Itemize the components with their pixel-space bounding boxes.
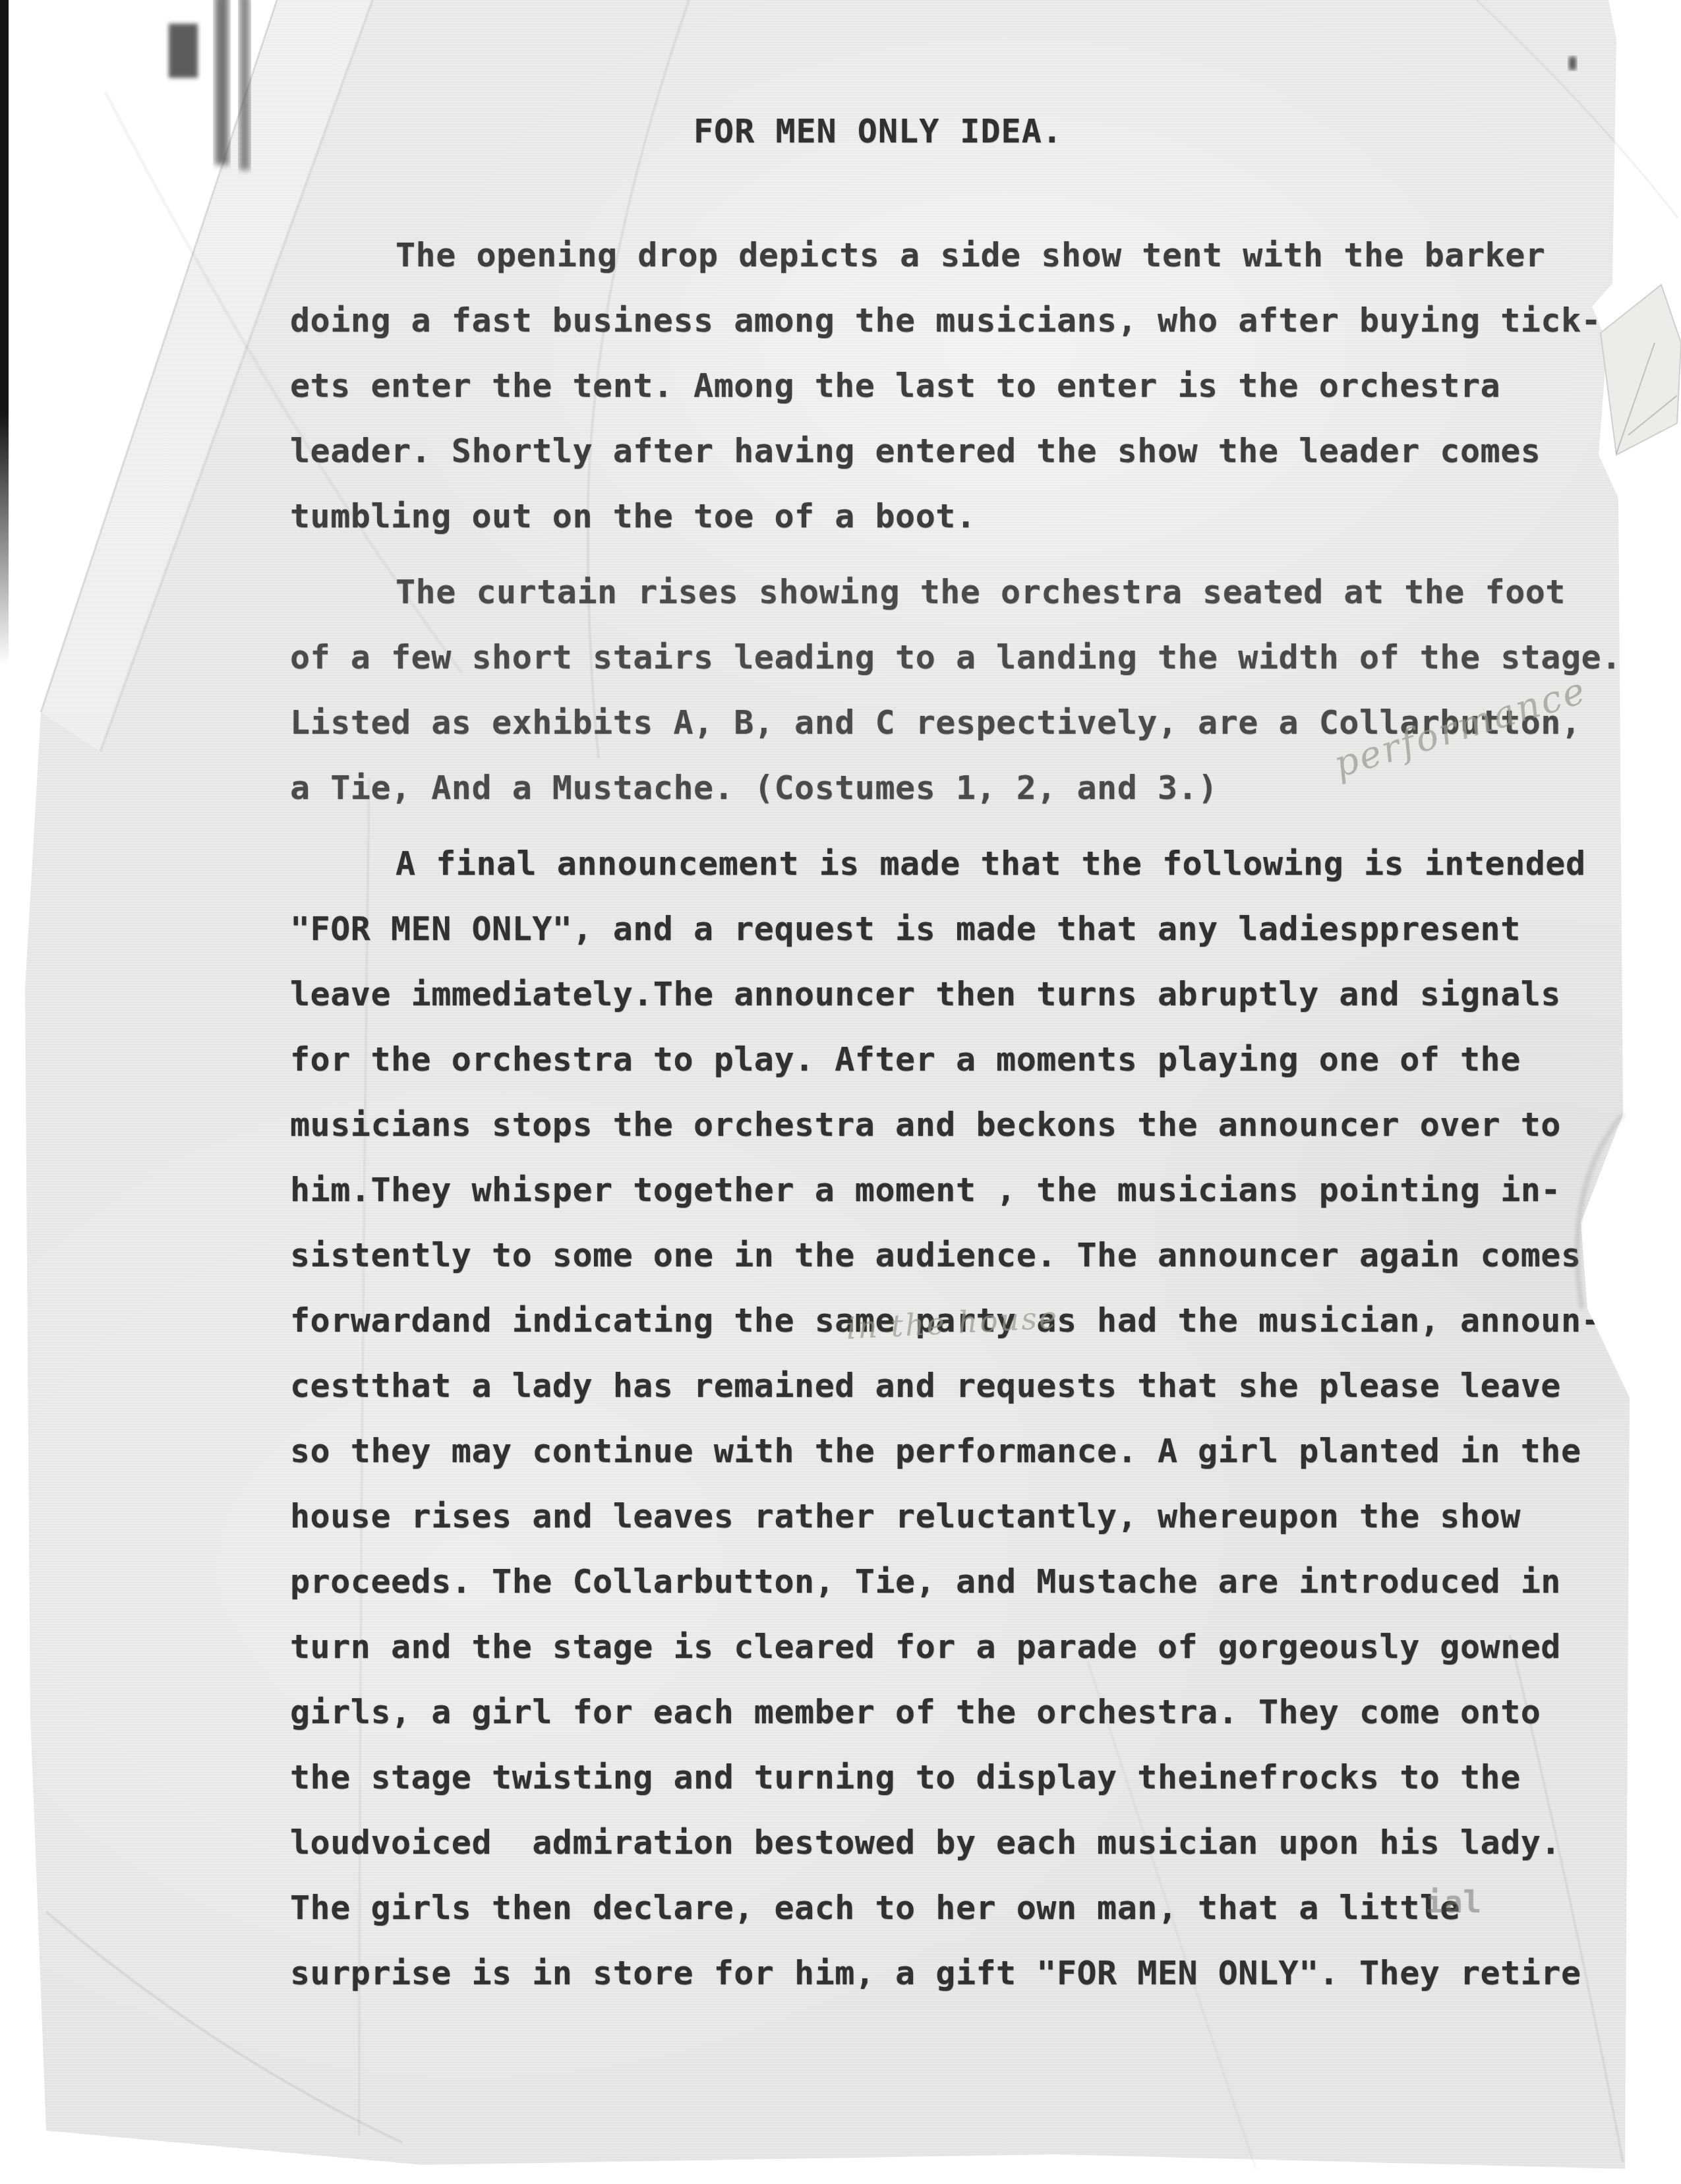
typed-ghost-text: ial bbox=[1425, 1884, 1482, 1920]
paragraph: The curtain rises showing the orchestra … bbox=[290, 560, 1599, 821]
text-line: proceeds. The Collarbutton, Tie, and Mus… bbox=[290, 1549, 1599, 1614]
text-line: leave immediately.The announcer then tur… bbox=[290, 962, 1599, 1027]
text-line: musicians stops the orchestra and beckon… bbox=[290, 1092, 1599, 1158]
text-line: ets enter the tent. Among the last to en… bbox=[290, 353, 1599, 419]
document-page: FOR MEN ONLY IDEA. The opening drop depi… bbox=[0, 0, 1681, 2184]
text-line: turn and the stage is cleared for a para… bbox=[290, 1614, 1599, 1680]
text-line: of a few short stairs leading to a landi… bbox=[290, 625, 1599, 690]
page-title: FOR MEN ONLY IDEA. bbox=[693, 99, 1599, 164]
text-line: A final announcement is made that the fo… bbox=[290, 831, 1599, 897]
text-line: girls, a girl for each member of the orc… bbox=[290, 1680, 1599, 1745]
paragraphs-container: The opening drop depicts a side show ten… bbox=[290, 223, 1599, 2006]
text-line: leader. Shortly after having entered the… bbox=[290, 419, 1599, 484]
text-line: "FOR MEN ONLY", and a request is made th… bbox=[290, 897, 1599, 962]
text-line: The opening drop depicts a side show ten… bbox=[290, 223, 1599, 288]
text-line: sistently to some one in the audience. T… bbox=[290, 1223, 1599, 1288]
text-line: loudvoiced admiration bestowed by each m… bbox=[290, 1810, 1599, 1875]
text-line: surprise is in store for him, a gift "FO… bbox=[290, 1941, 1599, 2006]
text-line: him.They whisper together a moment , the… bbox=[290, 1158, 1599, 1223]
typewritten-text-block: FOR MEN ONLY IDEA. The opening drop depi… bbox=[290, 99, 1599, 2006]
paragraph: A final announcement is made that the fo… bbox=[290, 831, 1599, 2006]
text-line: The girls then declare, each to her own … bbox=[290, 1875, 1599, 1941]
text-line: cestthat a lady has remained and request… bbox=[290, 1353, 1599, 1419]
text-line: doing a fast business among the musician… bbox=[290, 288, 1599, 353]
text-line: for the orchestra to play. After a momen… bbox=[290, 1027, 1599, 1092]
scanner-edge-shadow bbox=[0, 0, 9, 666]
torn-edge-flap bbox=[1601, 285, 1681, 455]
text-line: house rises and leaves rather reluctantl… bbox=[290, 1484, 1599, 1549]
text-line: the stage twisting and turning to displa… bbox=[290, 1745, 1599, 1810]
scanned-document: FOR MEN ONLY IDEA. The opening drop depi… bbox=[0, 0, 1681, 2184]
text-line: so they may continue with the performanc… bbox=[290, 1419, 1599, 1484]
text-line: tumbling out on the toe of a boot. bbox=[290, 484, 1599, 549]
text-line: The curtain rises showing the orchestra … bbox=[290, 560, 1599, 625]
paragraph: The opening drop depicts a side show ten… bbox=[290, 223, 1599, 549]
